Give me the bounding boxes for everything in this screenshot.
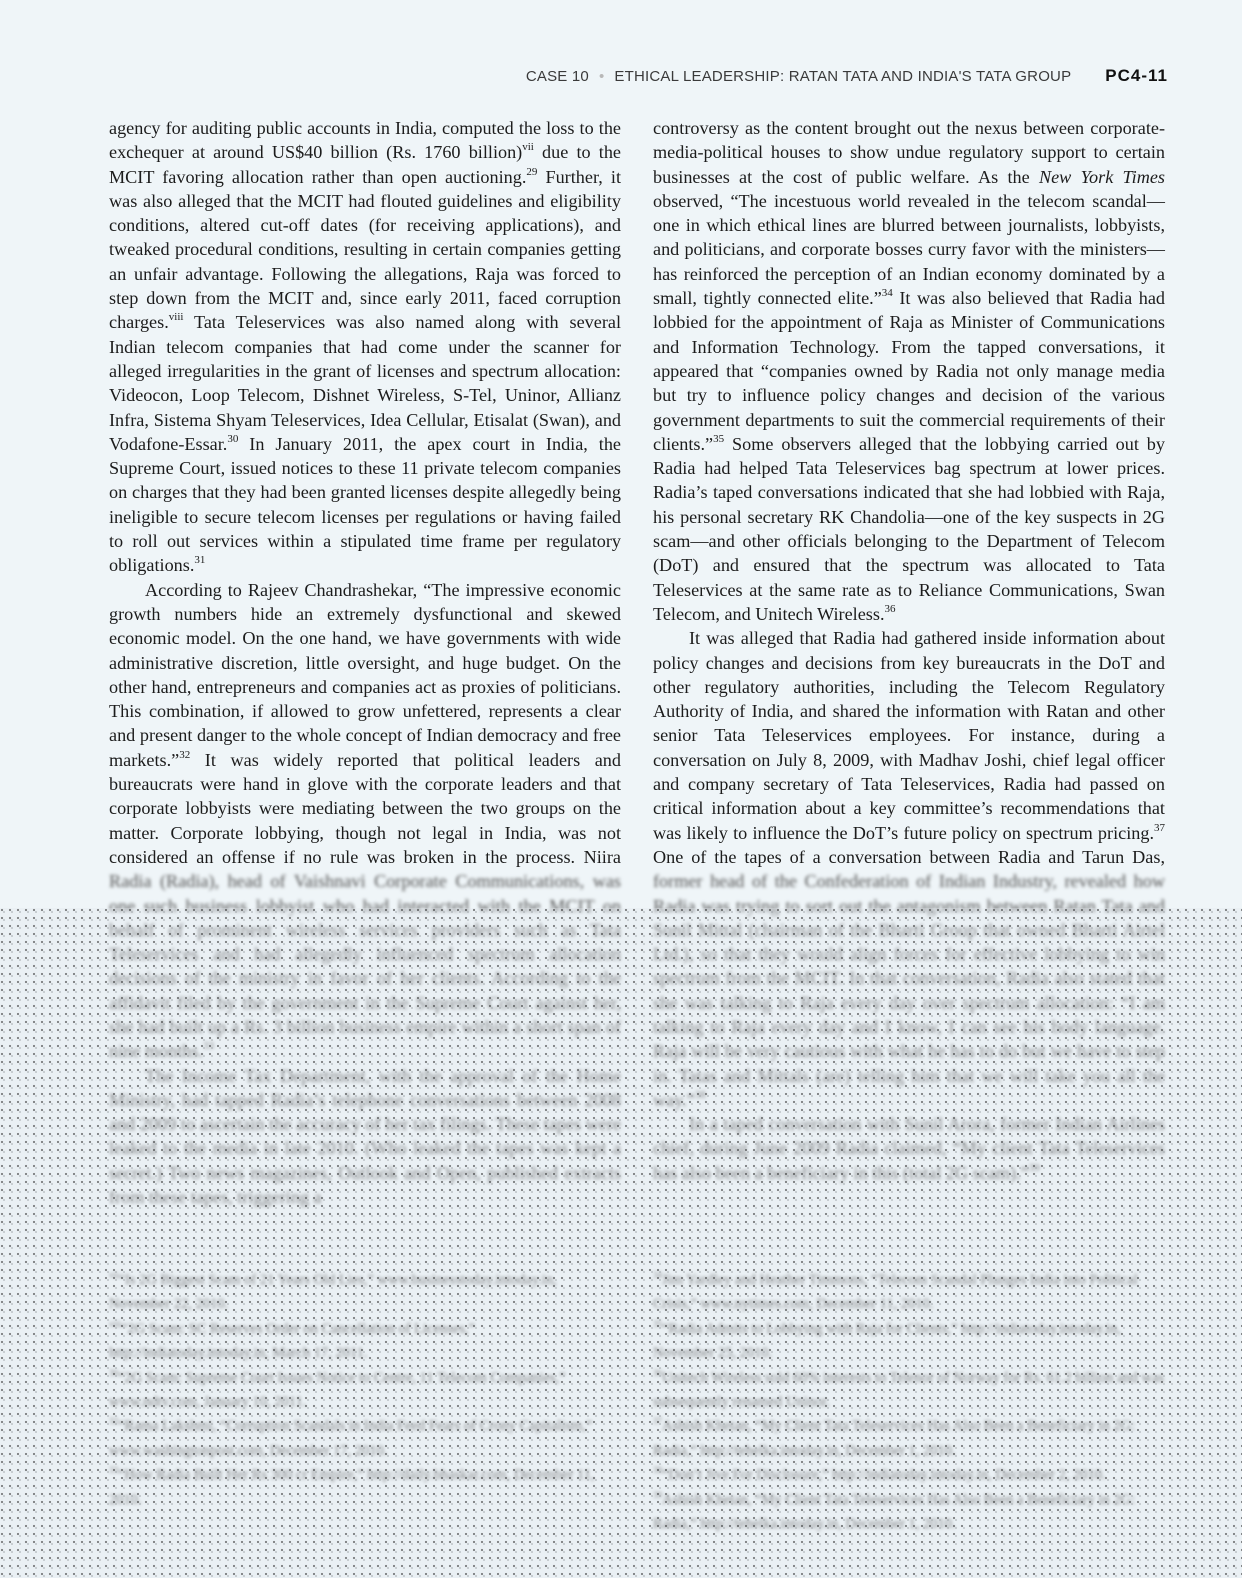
footnote-ref: 39 [1029,1162,1040,1174]
footnote: vii“Is 2G Biggest Scam of 21 Years Old L… [109,1268,621,1317]
paragraph: According to Rajeev Chandrashekar, “The … [109,578,621,1064]
footnote-ref: 38 [695,1089,706,1101]
obscured-text: former head of the Confederation of Indi… [653,871,1165,1110]
footnotes-right: 34Jim Yardley and Heather Timmons, “Tele… [653,1268,1165,1536]
footnote-ref: 36 [885,603,896,615]
footnote: 33“How Radia Built Her Rs 300 cr Empire,… [109,1463,621,1512]
footnote: 36Unitech Wireless sold 60% interests to… [653,1366,1165,1415]
footnote-ref: 29 [526,166,537,178]
header-separator: • [599,68,604,85]
publication-title: New York Times [1039,167,1165,187]
paragraph: controversy as the content brought out t… [653,116,1165,626]
page-number: PC4-11 [1105,66,1168,85]
footnote-ref: 33 [203,1040,214,1052]
paragraph: It was alleged that Radia had gathered i… [653,626,1165,1112]
footnote: 39Ashish Khetan, “My Client Tata Teleser… [653,1488,1165,1537]
paragraph: In a taped conversation with Sunil Arora… [653,1112,1165,1185]
footnote: viii“2G Scam: SC Reserves Order on Cance… [109,1317,621,1366]
footnote-ref: vii [522,141,534,153]
footnote: 32“Rama Lakshmi, “Corruption Scandals in… [109,1414,621,1463]
obscured-text: Radia (Radia), head of Vaishnavi Corpora… [109,871,621,1061]
footnote-ref: 34 [882,287,893,299]
paragraph: agency for auditing public accounts in I… [109,116,621,578]
running-header: CASE 10•ETHICAL LEADERSHIP: RATAN TATA A… [0,66,1168,86]
left-column: agency for auditing public accounts in I… [109,116,621,1209]
header-title: ETHICAL LEADERSHIP: RATAN TATA AND INDIA… [614,68,1071,85]
footnote: 30“2G Scam: Supreme Court Issues Notice … [109,1366,621,1415]
footnote-ref: 31 [194,554,205,566]
paragraph: The Income Tax Department, with the appr… [109,1064,621,1210]
footnotes-left: vii“Is 2G Biggest Scam of 21 Years Old L… [109,1268,621,1512]
footnote: 38“Don’t Jive For Disclosure,” http://in… [653,1463,1165,1487]
footnote-ref: 35 [713,433,724,445]
footnote: 35“Radia Admits to Lobbying with Raja fo… [653,1317,1165,1366]
footnote: 37Ashish Khetan, “My Client Tata Teleser… [653,1414,1165,1463]
footnote: 34Jim Yardley and Heather Timmons, “Tele… [653,1268,1165,1317]
right-column: controversy as the content brought out t… [653,116,1165,1185]
footnote-ref: 37 [1154,822,1165,834]
footnote-ref: 30 [227,433,238,445]
footnote-ref: viii [169,311,184,323]
case-label: CASE 10 [526,68,589,85]
footnote-ref: 32 [179,749,190,761]
